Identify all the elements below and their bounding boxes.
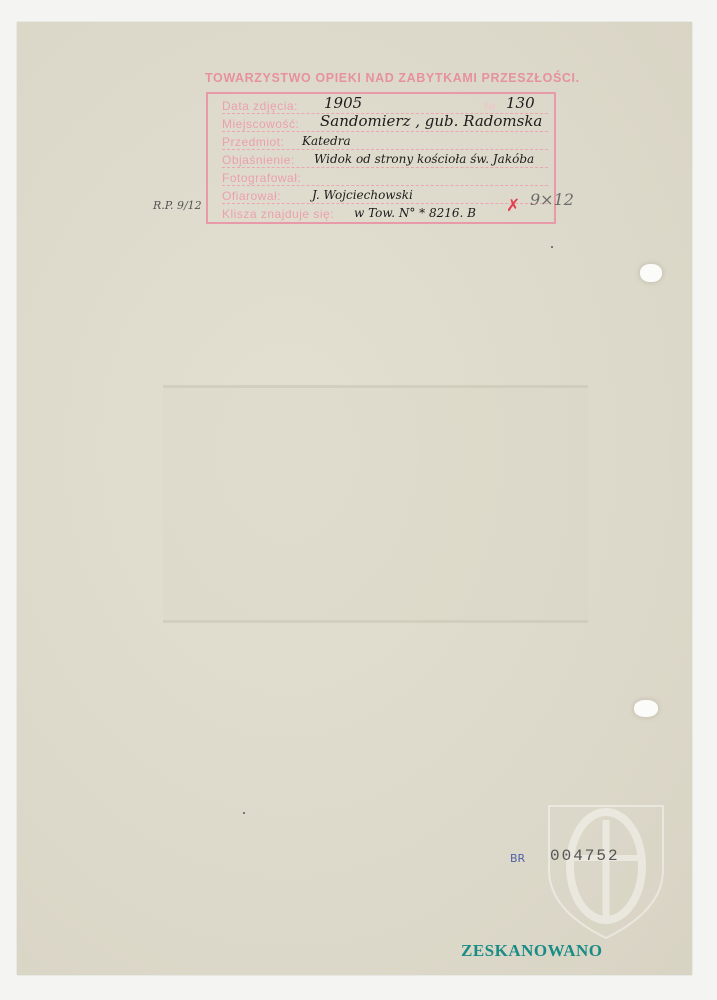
scanned-stamp: ZESKANOWANO <box>461 941 603 961</box>
stamp-row-plate-location: Klisza znajduje się: w Tow. N° * 8216. B <box>222 204 548 221</box>
stamp-label: Data zdjęcia: <box>222 99 298 113</box>
catalogue-number-value: 130 <box>506 94 535 112</box>
stamp-label: Przedmiot: <box>222 135 284 149</box>
stamp-row-photographer: Fotografował: <box>222 168 548 186</box>
stamp-label: Ofiarował: <box>222 189 281 203</box>
paper-damage-hole <box>640 264 662 282</box>
stamp-label: Klisza znajduje się: <box>222 207 334 221</box>
inventory-prefix: BR <box>510 852 525 865</box>
stamp-row-place: Miejscowość: Sandomierz , gub. Radomska <box>222 114 548 132</box>
paper-damage-hole <box>634 700 658 717</box>
description-value: Widok od strony kościoła św. Jakóba <box>314 152 534 166</box>
photo-bleed-through <box>163 385 588 623</box>
stamp-society-title: TOWARZYSTWO OPIEKI NAD ZABYTKAMI PRZESZŁ… <box>205 71 560 85</box>
catalogue-stamp: Data zdjęcia: 1905 № 130 Miejscowość: Sa… <box>206 92 556 224</box>
stamp-row-description: Objaśnienie: Widok od strony kościoła św… <box>222 150 548 168</box>
red-check-mark: ✗ <box>506 196 520 216</box>
library-watermark-icon <box>545 800 667 940</box>
stamp-label: Fotografował: <box>222 171 301 185</box>
stamp-row-subject: Przedmiot: Katedra <box>222 132 548 150</box>
stamp-label: Miejscowość: <box>222 117 299 131</box>
place-value: Sandomierz , gub. Radomska <box>320 112 542 130</box>
paper-speck <box>243 812 245 814</box>
stamp-label: Objaśnienie: <box>222 153 295 167</box>
margin-note: R.P. 9/12 <box>153 199 202 212</box>
paper-speck <box>551 246 553 248</box>
subject-value: Katedra <box>302 134 351 148</box>
photo-date-value: 1905 <box>324 94 362 112</box>
plate-location-value: w Tow. N° * 8216. B <box>354 206 476 220</box>
inventory-number: 004752 <box>550 847 620 865</box>
donor-value: J. Wojciechowski <box>312 188 413 202</box>
plate-size-note: 9×12 <box>530 190 574 209</box>
stamp-row-donor: Ofiarował: J. Wojciechowski <box>222 186 548 204</box>
